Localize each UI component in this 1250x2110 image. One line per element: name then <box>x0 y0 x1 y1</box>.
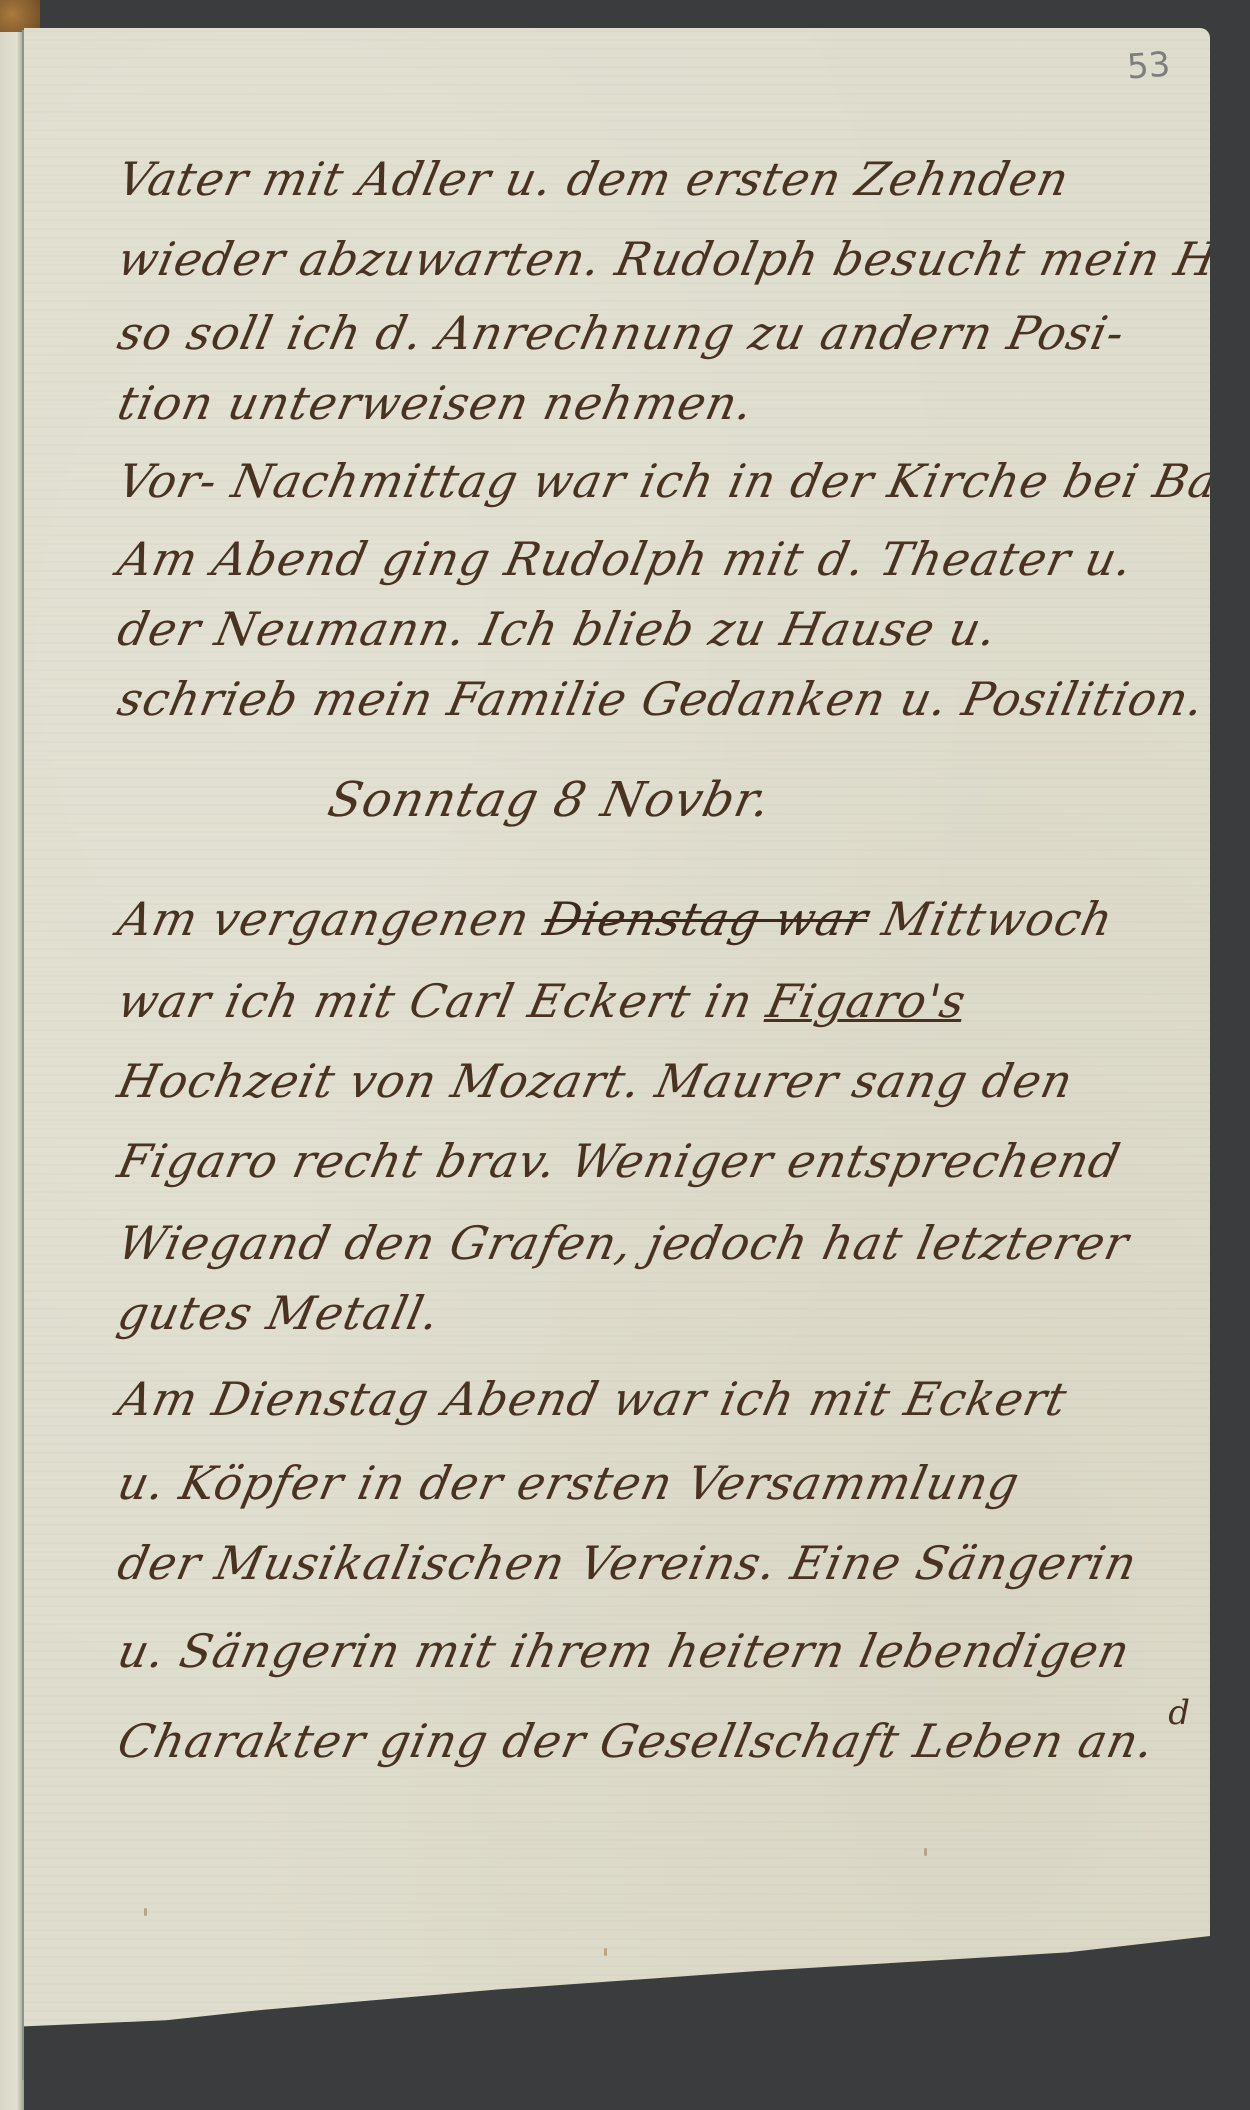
text-line: der Neumann. Ich blieb zu Hause u. <box>114 606 1204 652</box>
paper-speck <box>604 1948 607 1956</box>
text-line: tion unterweisen nehmen. <box>114 380 1204 426</box>
facing-page-edge <box>0 32 24 2110</box>
struck-text: Dienstag war <box>539 892 873 946</box>
text-line: Charakter ging der Gesellschaft Leben an… <box>114 1718 1204 1764</box>
entry-heading-date: Sonntag 8 Novbr. <box>324 776 1250 824</box>
margin-mark: d <box>1168 1693 1190 1733</box>
text-line: wieder abzuwarten. Rudolph besucht mein … <box>114 236 1204 282</box>
text-line: war ich mit Carl Eckert in Figaro's <box>114 978 1204 1024</box>
text-line: u. Sängerin mit ihrem heitern lebendigen <box>114 1628 1204 1674</box>
page-number: 53 <box>1125 45 1171 88</box>
text-segment: war ich mit Carl Eckert in <box>113 974 773 1028</box>
paper-speck <box>144 1908 147 1916</box>
text-segment: Am vergangenen <box>113 892 550 946</box>
text-line: Figaro recht brav. Weniger entsprechend <box>114 1138 1204 1184</box>
text-line: Hochzeit von Mozart. Maurer sang den <box>114 1058 1204 1104</box>
text-line: so soll ich d. Anrechnung zu andern Posi… <box>114 310 1204 356</box>
text-line: Vor- Nachmittag war ich in der Kirche be… <box>114 458 1204 504</box>
text-line: schrieb mein Familie Gedanken u. Posilit… <box>114 676 1204 722</box>
text-segment: Mittwoch <box>862 892 1118 946</box>
underlined-text: Figaro's <box>762 974 971 1028</box>
text-line: Am vergangenen Dienstag war Mittwoch <box>114 896 1204 942</box>
text-line: Vater mit Adler u. dem ersten Zehnden <box>114 156 1204 202</box>
paper-speck <box>324 2028 327 2036</box>
text-line: Am Abend ging Rudolph mit d. Theater u. <box>114 536 1204 582</box>
text-line: u. Köpfer in der ersten Versammlung <box>114 1460 1204 1506</box>
manuscript-page: 53 Vater mit Adler u. dem ersten Zehnden… <box>24 28 1210 2084</box>
text-line: der Musikalischen Vereins. Eine Sängerin <box>114 1540 1204 1586</box>
text-line: Wiegand den Grafen, jedoch hat letzterer <box>114 1220 1204 1266</box>
paper-speck <box>1064 1988 1067 1996</box>
paper-speck <box>924 1848 927 1856</box>
text-line: Am Dienstag Abend war ich mit Eckert <box>114 1376 1204 1422</box>
text-line: gutes Metall. <box>114 1290 1204 1336</box>
